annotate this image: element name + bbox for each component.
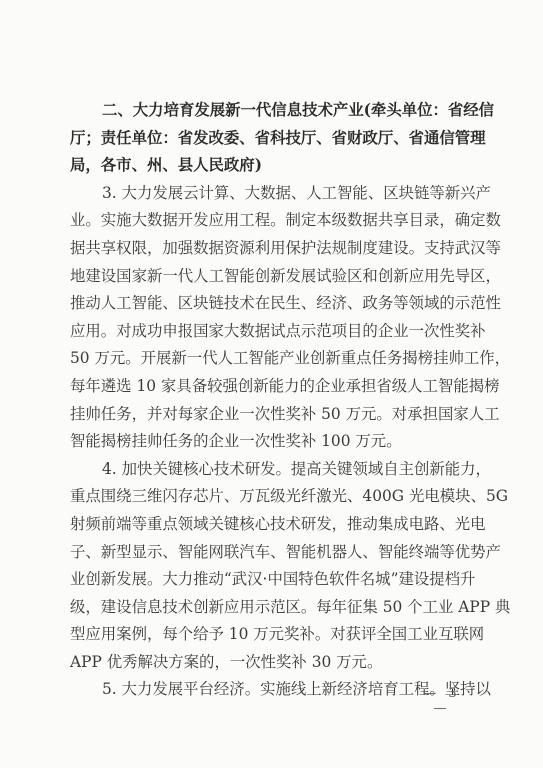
paragraph-line: APP 优秀解决方案的，一次性奖补 30 万元。	[70, 649, 472, 677]
paragraph-line: 每年遴选 10 家具备较强创新能力的企业承担省级人工智能揭榜	[70, 373, 472, 401]
paragraph-line: 智能揭榜挂帅任务的企业一次性奖补 100 万元。	[70, 428, 472, 456]
paragraph-line: 挂帅任务，并对每家企业一次性奖补 50 万元。对承担国家人工	[70, 401, 472, 429]
paragraph-line: 据共享权限，加强数据资源利用保护法规制度建设。支持武汉等	[70, 235, 472, 263]
paragraph-line: 业。实施大数据开发应用工程。制定本级数据共享目录，确定数	[70, 207, 472, 235]
paragraph-line: 50 万元。开展新一代人工智能产业创新重点任务揭榜挂帅工作，	[70, 345, 472, 373]
section-heading-line: 厅；责任单位：省发改委、省科技厅、省财政厅、省通信管理	[70, 125, 472, 153]
paragraph-line: 地建设国家新一代人工智能创新发展试验区和创新应用先导区，	[70, 263, 472, 291]
paragraph-line: 子、新型显示、智能网联汽车、智能机器人、智能终端等优势产	[70, 539, 472, 567]
section-heading-line: 二、大力培育发展新一代信息技术产业(牵头单位：省经信	[70, 97, 472, 125]
page-number: — 3 —	[412, 686, 472, 716]
paragraph-line: 4. 加快关键核心技术研发。提高关键领域自主创新能力，	[70, 456, 472, 484]
paragraph-line: 重点围绕三维闪存芯片、万瓦级光纤激光、400G 光电模块、5G	[70, 483, 472, 511]
paragraph-line: 应用。对成功申报国家大数据试点示范项目的企业一次性奖补	[70, 318, 472, 346]
document-page: 二、大力培育发展新一代信息技术产业(牵头单位：省经信厅；责任单位：省发改委、省科…	[70, 97, 472, 704]
section-heading-line: 局，各市、州、县人民政府)	[70, 152, 472, 180]
paragraph-line: 业创新发展。大力推动“武汉·中国特色软件名城”建设提档升	[70, 566, 472, 594]
paragraph-line: 级，建设信息技术创新应用示范区。每年征集 50 个工业 APP 典	[70, 594, 472, 622]
paragraph-line: 推动人工智能、区块链技术在民生、经济、政务等领域的示范性	[70, 290, 472, 318]
paragraph-line: 3. 大力发展云计算、大数据、人工智能、区块链等新兴产	[70, 180, 472, 208]
paragraph-line: 型应用案例，每个给予 10 万元奖补。对获评全国工业互联网	[70, 621, 472, 649]
paragraph-line: 射频前端等重点领域关键核心技术研发，推动集成电路、光电	[70, 511, 472, 539]
